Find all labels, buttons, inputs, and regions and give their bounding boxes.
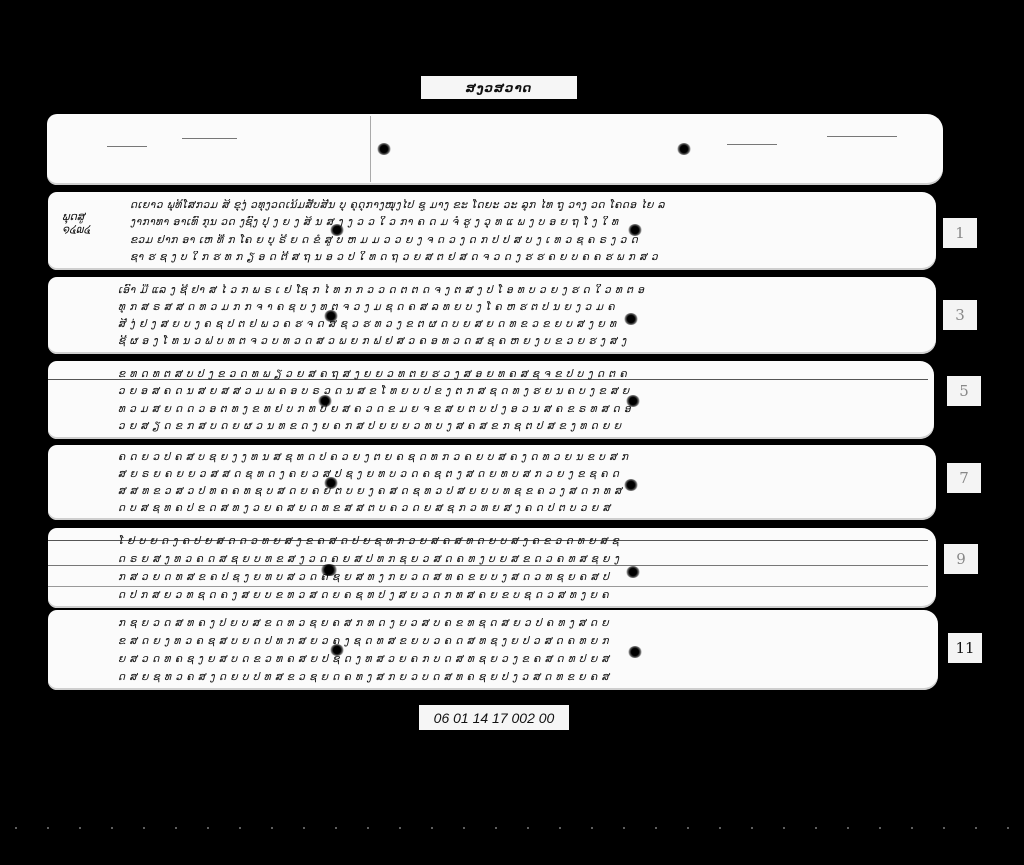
leaf-mark [107, 146, 147, 147]
text-line: ງາກາທາ ອາເທົ ກຸນ ວດ ງຊົງ ປຸ ງ ຍ ງຸ ສິ ນ … [130, 216, 916, 228]
binding-hole [318, 395, 332, 407]
leaf-mark [182, 138, 237, 139]
text-line: ດ ຣ ຍ ສ ງ ທ ວ ຄ ດ ສ ຊ ຍ ບ ທ ຂ ສ ງ ວ ດ ຄ … [118, 553, 916, 565]
text-line: ຊາ ຮ ຊ ງ ບ ໃ ກ ຮ ທ ກ ຽ ອ ດ ຕີ ສ ຖ ນ ອ ວ … [130, 251, 916, 263]
text-line: ສ ຍ ຣ ຍ ຄ ຍ ຍ ວ ສ ສ ດ ຊ ທ ດ ງ ຄ ຍ ວ ສ ປ … [118, 468, 916, 480]
page-number-label: 11 [948, 633, 982, 663]
text-line: ຂວມ ຢາກ ອາ ເຫ ທີ່ ກ ໂຄ ຍ ບຸ ຣີ ຍ ດ ຂໍ ສູ… [130, 234, 916, 246]
leaf-page-1: ພຸດສູ ໑໔໙໔ ດເຍາວ ພຸທິໂສກວມ ສິ ຂຸງ່ ວທຸງວ… [48, 192, 936, 270]
text-line: ກ ຊ ຍ ວ ດ ສ ທ ຄ ງ ປ ຍ ບ ສ ຂ ດ ທ ວ ຊ ຍ ຄ … [118, 617, 918, 629]
page-number-label: 9 [944, 544, 978, 574]
leaf-page-5: ຂ ທ ດ ທ ຕ ສ ບ ປ ງ ຂ ວ ດ ທ ພ ຽ ວ ຍ ສ ຄ ຖ … [48, 361, 934, 439]
binding-hole [677, 143, 691, 155]
binding-hole [626, 566, 640, 578]
text-line: ຂ ທ ດ ທ ຕ ສ ບ ປ ງ ຂ ວ ດ ທ ພ ຽ ວ ຍ ສ ຄ ຖ … [118, 368, 914, 380]
binding-hole [628, 646, 642, 658]
leaf-margin-note: ພຸດສູ ໑໔໙໔ [62, 210, 90, 236]
text-line: ທ ວ ມ ສ ຍ ດ ດ ວ ອ ຕ ທ ງ ຂ ທ ຢ ບ ກ ທ ປ ຍ … [118, 403, 914, 415]
leaf-page-11: ກ ຊ ຍ ວ ດ ສ ທ ຄ ງ ປ ຍ ບ ສ ຂ ດ ທ ວ ຊ ຍ ຄ … [48, 610, 938, 690]
leaf-mark [370, 116, 371, 182]
leaf-cover [47, 114, 943, 185]
page-number-label: 7 [947, 463, 981, 493]
text-line: ຄ ດ ຍ ວ ປ ຄ ສ ບ ຊ ຍ ງ ງ ທ ນ ສ ຊ ທ ດ ປ ຄ … [118, 451, 916, 463]
binding-hole [624, 313, 638, 325]
leaf-mark [827, 136, 897, 137]
text-line: ວ ຍ ອ ສ ຄ ດ ນ ສ ຍ ສ ສ ວ ມ ພ ຄ ອ ບ ຣ ວ ດ … [118, 385, 914, 397]
text-line: ເອົາ ມື ແລ ງ ຊີ ຢາ ສ ໄ ວ ກ ພ ຣ ເ ຢ ໂຊ ກ … [118, 284, 916, 296]
text-line: ສີ ງ່ ຢ ງ ສ ຍ ບ ງ ຄ ຊ ປ ຕ ຢ ພ ວ ຄ ຮ ຈ ດ … [118, 318, 916, 330]
binding-hole [628, 224, 642, 236]
page-number-label: 1 [943, 218, 977, 248]
binding-hole [324, 310, 338, 322]
binding-hole [330, 224, 344, 236]
text-line: ດ ສ ຍ ຊ ທ ວ ຄ ສ ງ ດ ຍ ບ ປ ທ ສ ຂ ວ ຊ ຍ ດ … [118, 671, 918, 683]
text-line: ດເຍາວ ພຸທິໂສກວມ ສິ ຂຸງ່ ວທຸງວດເນິມສັບສີນ… [130, 199, 916, 211]
manuscript-title-label: ສງວສວາດ [421, 76, 577, 99]
binding-hole [324, 477, 338, 489]
binding-hole [624, 479, 638, 491]
text-line: ດ ບ ສ ຊ ທ ຄ ປ ຂ ດ ສ ທ ງ ວ ຍ ຄ ສ ຍ ດ ທ ຂ … [118, 502, 916, 514]
binding-hole [320, 564, 338, 576]
text-line: ກ ສ ວ ຍ ດ ທ ສ ຂ ຄ ປ ຊ ງ ຍ ທ ບ ສ ວ ດ ຄ ຊ … [118, 571, 916, 583]
leaf-page-7: ຄ ດ ຍ ວ ປ ຄ ສ ບ ຊ ຍ ງ ງ ທ ນ ສ ຊ ທ ດ ປ ຄ … [48, 445, 936, 520]
text-line: ສ ສ ທ ຂ ວ ສ ວ ປ ທ ຄ ຄ ທ ຊ ບ ສ ດ ຍ ຄ ຍ ຕ … [118, 485, 916, 497]
leaf-mark [727, 144, 777, 145]
leaf-page-3: ເອົາ ມື ແລ ງ ຊີ ຢາ ສ ໄ ວ ກ ພ ຣ ເ ຢ ໂຊ ກ … [48, 277, 936, 354]
page-number-label: 5 [947, 376, 981, 406]
text-line: ທຸ ກ ສ ຣ ສ ສ ດ ທ ວ ມ ກ ກ ຈ າ ຄ ຊ ບ ງ ທ ຕ… [118, 301, 916, 313]
page-number-label: 3 [943, 300, 977, 330]
catalog-number-label: 06 01 14 17 002 00 [419, 705, 569, 730]
text-line: ຍ ສ ວ ດ ທ ຄ ຊ ງ ຍ ສ ບ ດ ຂ ວ ທ ຄ ສ ຍ ປ ຊ … [118, 653, 918, 665]
text-line: ວ ຍ ສ ຽ ດ ຂ ກ ສ ບ ດ ຍ ຜ ວ ນ ທ ຂ ດ ງ ຍ ຄ … [118, 420, 914, 432]
binding-hole [377, 143, 391, 155]
text-line: ຊີ ຜ ອ ງ ໂ ທ ນ ວ ຟ ບ ທ ຕ ຈ ວ ບ ທ ວ ດ ສ ວ… [118, 335, 916, 347]
text-line: ດ ປ ກ ສ ຍ ວ ທ ຊ ດ ຄ ງ ສ ຍ ບ ຂ ທ ວ ສ ດ ຍ … [118, 589, 916, 601]
text-line: ຂ ສ ດ ຍ ງ ທ ວ ຄ ຊ ສ ບ ຍ ດ ປ ທ ກ ສ ຍ ວ ຄ … [118, 635, 918, 647]
text-line: ໂ ຢ ບ ຍ ດ ງ ຄ ປ ຍ ສ ດ ດ ວ ທ ຍ ສ ງ ຂ ຄ ສ … [118, 535, 916, 547]
binding-hole [330, 644, 344, 656]
film-dust-strip [0, 826, 1024, 830]
leaf-page-9: ໂ ຢ ບ ຍ ດ ງ ຄ ປ ຍ ສ ດ ດ ວ ທ ຍ ສ ງ ຂ ຄ ສ … [48, 528, 936, 608]
binding-hole [626, 395, 640, 407]
